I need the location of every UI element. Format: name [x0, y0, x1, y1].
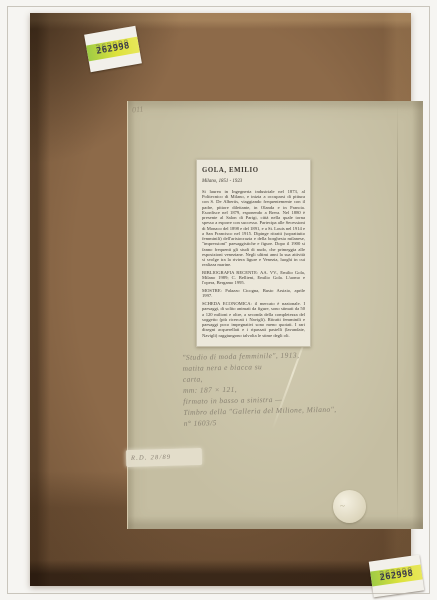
inventory-sticker-bottom: 262998 [369, 555, 425, 598]
inventory-sticker-top: 262998 [84, 26, 142, 72]
artist-dates: Milano, 1851 - 1923 [202, 179, 305, 184]
pencil-mark-patch: R.D. 28/89 [126, 448, 202, 467]
label-paragraph-bibliography: BIBLIOGRAFIA RECENTE: AA. VV., Emilio Go… [202, 270, 305, 286]
seal-mark: ~ [340, 501, 345, 511]
backing-board: 262998 011 GOLA, EMILIO Milano, 1851 - 1… [30, 13, 411, 586]
handwritten-annotation: "Studio di moda femminile", 1913, matita… [182, 348, 364, 429]
label-paragraph-biography: Si laurea in Ingegneria industriale nel … [202, 189, 305, 268]
pencil-mark-bottom-left: R.D. 28/89 [126, 454, 172, 462]
embossed-seal-sticker: ~ [333, 490, 366, 523]
panel-fold-line [397, 105, 398, 523]
photo-of-artwork-verso: 262998 011 GOLA, EMILIO Milano, 1851 - 1… [0, 0, 437, 600]
label-paragraph-market: SCHEDA ECONOMICA: il mercato è nazionale… [202, 301, 305, 338]
pencil-mark-top: 011 [132, 105, 144, 115]
catalog-label: GOLA, EMILIO Milano, 1851 - 1923 Si laur… [196, 159, 311, 347]
label-paragraph-exhibitions: MOSTRE: Palazzo Cicogna, Busto Arsizio, … [202, 288, 305, 298]
artist-name: GOLA, EMILIO [202, 167, 305, 174]
